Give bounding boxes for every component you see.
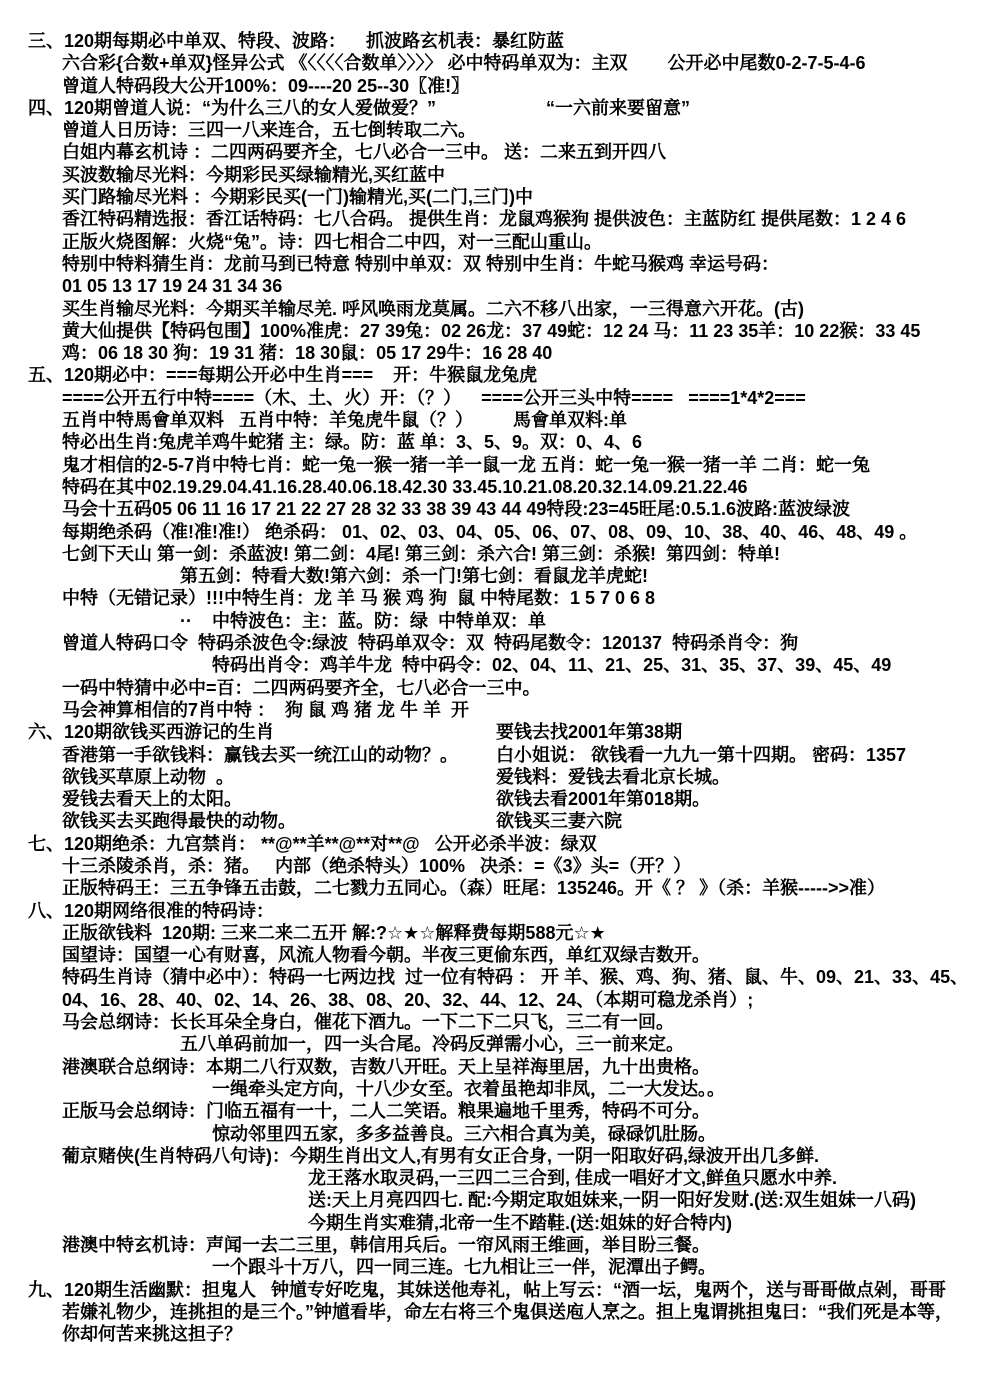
text-line: 04、16、28、40、02、14、26、38、08、20、32、44、12、2…	[0, 989, 998, 1011]
text-line: 今期生肖实难猜,北帝一生不踏鞋.(送:姐妹的好合特内)	[0, 1212, 998, 1234]
text-line-right: 欲钱去看2001年第018期。	[496, 788, 710, 810]
text-line: 特必出生肖:兔虎羊鸡牛蛇猪 主：绿。防：蓝 单：3、5、9。双：0、4、6	[0, 431, 998, 453]
text-line: 七、120期绝杀：九宫禁肖： **@**羊**@**对**@ 公开必杀半波：绿双	[0, 833, 998, 855]
text-line-right: 爱钱料：爱钱去看北京长城。	[496, 766, 730, 788]
text-line: 港澳联合总纲诗：本期二八行双数，吉数八开旺。天上呈祥海里居，九十出贵格。	[0, 1056, 998, 1078]
text-line: 特码在其中02.19.29.04.41.16.28.40.06.18.42.30…	[0, 476, 998, 498]
text-line: 第五剑：特看大数!第六剑：杀一门!第七剑：看鼠龙羊虎蛇!	[0, 565, 998, 587]
text-line: 01 05 13 17 19 24 31 34 36	[0, 275, 998, 297]
text-line: 买生肖输尽光料：今期买羊输尽羌. 呼风唤雨龙莫属。二六不移八出家，一三得意六开花…	[0, 298, 998, 320]
document-page: 三、120期每期必中单双、特段、波路： 抓波路玄机表：暴红防蓝六合彩{合数+单双…	[0, 0, 998, 1388]
text-line: 你却何苦来挑这担子？	[0, 1323, 998, 1345]
text-line: ·· 中特波色：主：蓝。防：绿 中特单双：单	[0, 610, 998, 632]
text-line: 五、120期必中：===每期公开必中生肖=== 开：牛猴鼠龙兔虎	[0, 364, 998, 386]
text-line: 六合彩{合数+单双}怪异公式 《〈〈〈〈合数单〉〉〉〉 必中特码单双为：主双 公…	[0, 52, 998, 74]
text-line: 五八单码前加一，四一头合尾。冷码反弹需小心，三一前来定。	[0, 1033, 998, 1055]
text-line: 香江特码精选报：香江话特码：七八合码。 提供生肖：龙鼠鸡猴狗 提供波色：主蓝防红…	[0, 208, 998, 230]
text-line-left: 六、120期欲钱买西游记的生肖	[28, 722, 274, 742]
text-line: 特别中特料猜生肖：龙前马到已特意 特别中单双：双 特别中生肖：牛蛇马猴鸡 幸运号…	[0, 253, 998, 275]
text-line: 每期绝杀码（准!准!准!） 绝杀码： 01、02、03、04、05、06、07、…	[0, 521, 998, 543]
text-line: 欲钱买草原上动物 。爱钱料：爱钱去看北京长城。	[0, 766, 998, 788]
text-line: 港澳中特玄机诗：声闻一去二三里，韩信用兵后。一帘风雨王维画，举目盼三餐。	[0, 1234, 998, 1256]
text-line: 香港第一手欲钱料：赢钱去买一统江山的动物？。白小姐说： 欲钱看一九九一第十四期。…	[0, 744, 998, 766]
text-line: 六、120期欲钱买西游记的生肖要钱去找2001年第38期	[0, 721, 998, 743]
text-line: 惊动邻里四五家，多多益善良。三六相合真为美，碌碌饥肚肠。	[0, 1123, 998, 1145]
text-line: 正版特码王：三五争锋五击鼓，二七戮力五同心。（森）旺尾：135246。开《 ？ …	[0, 877, 998, 899]
text-line: 曾道人特码段大公开100%：09----20 25--30〖准!〗	[0, 75, 998, 97]
text-line: 三、120期每期必中单双、特段、波路： 抓波路玄机表：暴红防蓝	[0, 30, 998, 52]
text-line-right: 欲钱买三妻六院	[496, 810, 622, 832]
text-line: 正版欲钱料 120期: 三来二来二五开 解:?☆★☆解释费每期588元☆★	[0, 922, 998, 944]
text-line: 马会神算相信的7肖中特 ： 狗 鼠 鸡 猪 龙 牛 羊 开	[0, 699, 998, 721]
text-line: 鬼才相信的2-5-7肖中特七肖：蛇一兔一猴一猪一羊一鼠一龙 五肖：蛇一兔一猴一猪…	[0, 454, 998, 476]
text-line: 五肖中特馬會单双料 五肖中特：羊兔虎牛鼠（？） 馬會单双料:单	[0, 409, 998, 431]
text-line: 七剑下天山 第一剑：杀蓝波! 第二剑：4尾! 第三剑：杀六合! 第三剑：杀猴! …	[0, 543, 998, 565]
text-line-left: 欲钱买去买跑得最快的动物。	[62, 811, 296, 831]
text-line: 买波数输尽光料：今期彩民买绿输精光,买红蓝中	[0, 164, 998, 186]
text-line: 马会十五码05 06 11 16 17 21 22 27 28 32 33 38…	[0, 498, 998, 520]
document-section: 九、120期生活幽默：担鬼人 钟馗专好吃鬼，其妹送他寿礼，帖上写云：“酒一坛，鬼…	[0, 1279, 998, 1346]
document-section: 六、120期欲钱买西游记的生肖要钱去找2001年第38期香港第一手欲钱料：赢钱去…	[0, 721, 998, 832]
document-section: 八、120期网络很准的特码诗：正版欲钱料 120期: 三来二来二五开 解:?☆★…	[0, 900, 998, 1279]
text-line: 龙王落水取灵码,一三四二三合到, 佳成一唱好才文,鲜鱼只愿水中养.	[0, 1167, 998, 1189]
text-line: 正版马会总纲诗：门临五福有一十，二人二笑语。粮果遍地千里秀，特码不可分。	[0, 1100, 998, 1122]
text-line-left: 爱钱去看天上的太阳。	[62, 789, 242, 809]
text-line: 四、120期曾道人说：“为什么三八的女人爱做爱？” “一六前来要留意”	[0, 97, 998, 119]
document-section: 四、120期曾道人说：“为什么三八的女人爱做爱？” “一六前来要留意”曾道人日历…	[0, 97, 998, 365]
text-line: 国望诗：国望一心有财喜，风流人物看今朝。半夜三更偷东西，单红双绿吉数开。	[0, 944, 998, 966]
text-line-right: 白小姐说： 欲钱看一九九一第十四期。 密码：1357	[496, 744, 906, 766]
text-line: 十三杀陵杀肖，杀：猪。 内部（绝杀特头）100% 决杀：=《3》头=（开？）	[0, 855, 998, 877]
text-line: ====公开五行中特====（木、土、火）开：（？） ====公开三头中特===…	[0, 387, 998, 409]
document-section: 五、120期必中：===每期公开必中生肖=== 开：牛猴鼠龙兔虎====公开五行…	[0, 364, 998, 721]
text-line: 爱钱去看天上的太阳。欲钱去看2001年第018期。	[0, 788, 998, 810]
text-line: 若嫌礼物少，连挑担的是三个。”钟馗看毕，命左右将三个鬼俱送庖人烹之。担上鬼谓挑担…	[0, 1301, 998, 1323]
text-line: 特码生肖诗（猜中必中）：特码一七两边找 过一位有特码 ： 开 羊、猴、鸡、狗、猪…	[0, 966, 998, 988]
text-line: 鸡：06 18 30 狗：19 31 猪：18 30鼠：05 17 29牛：16…	[0, 342, 998, 364]
text-line-left: 香港第一手欲钱料：赢钱去买一统江山的动物？。	[62, 745, 458, 765]
text-line: 欲钱买去买跑得最快的动物。欲钱买三妻六院	[0, 810, 998, 832]
text-line: 曾道人日历诗：三四一八来连合，五七倒转取二六。	[0, 119, 998, 141]
text-line-left: 欲钱买草原上动物 。	[62, 767, 234, 787]
text-line: 买门路输尽光料 ：今期彩民买(一门)输精光,买(二门,三门)中	[0, 186, 998, 208]
text-line: 中特（无错记录）!!!中特生肖：龙 羊 马 猴 鸡 狗 鼠 中特尾数：1 5 7…	[0, 587, 998, 609]
text-line: 葡京赌侠(生肖特码八句诗)：今期生肖出文人,有男有女正合身, 一阴一阳取好码,绿…	[0, 1145, 998, 1167]
text-line: 一绳牵头定方向，十八少女至。衣着虽艳却非凤，二一大发达。。	[0, 1078, 998, 1100]
text-line-right: 要钱去找2001年第38期	[496, 721, 682, 743]
text-line: 八、120期网络很准的特码诗：	[0, 900, 998, 922]
text-line: 送:天上月亮四四七. 配:今期定取姐妹来,一阴一阳好发财.(送:双生姐妹一八码)	[0, 1189, 998, 1211]
text-line: 黄大仙提供【特码包围】100%准虎：27 39兔：02 26龙：37 49蛇：1…	[0, 320, 998, 342]
text-line: 白姐内幕玄机诗 ：二四两码要齐全，七八必合一三中。 送：二来五到开四八	[0, 141, 998, 163]
document-section: 三、120期每期必中单双、特段、波路： 抓波路玄机表：暴红防蓝六合彩{合数+单双…	[0, 30, 998, 97]
text-line: 一码中特猜中必中=百：二四两码要齐全，七八必合一三中。	[0, 677, 998, 699]
text-line: 曾道人特码口令 特码杀波色令:绿波 特码单双令：双 特码尾数令：120137 特…	[0, 632, 998, 654]
text-line: 马会总纲诗：长长耳朵全身白，催花下酒九。一下二下二只飞，三二有一回。	[0, 1011, 998, 1033]
document-section: 七、120期绝杀：九宫禁肖： **@**羊**@**对**@ 公开必杀半波：绿双…	[0, 833, 998, 900]
text-line: 特码出肖令：鸡羊牛龙 特中码令：02、04、11、21、25、31、35、37、…	[0, 654, 998, 676]
text-line: 正版火烧图解：火烧“兔”。诗：四七相合二中四，对一三配山重山。	[0, 231, 998, 253]
text-line: 一个跟斗十万八，四一同三连。七九相让三一伴，泥潭出子鳄。	[0, 1256, 998, 1278]
text-line: 九、120期生活幽默：担鬼人 钟馗专好吃鬼，其妹送他寿礼，帖上写云：“酒一坛，鬼…	[0, 1279, 998, 1301]
